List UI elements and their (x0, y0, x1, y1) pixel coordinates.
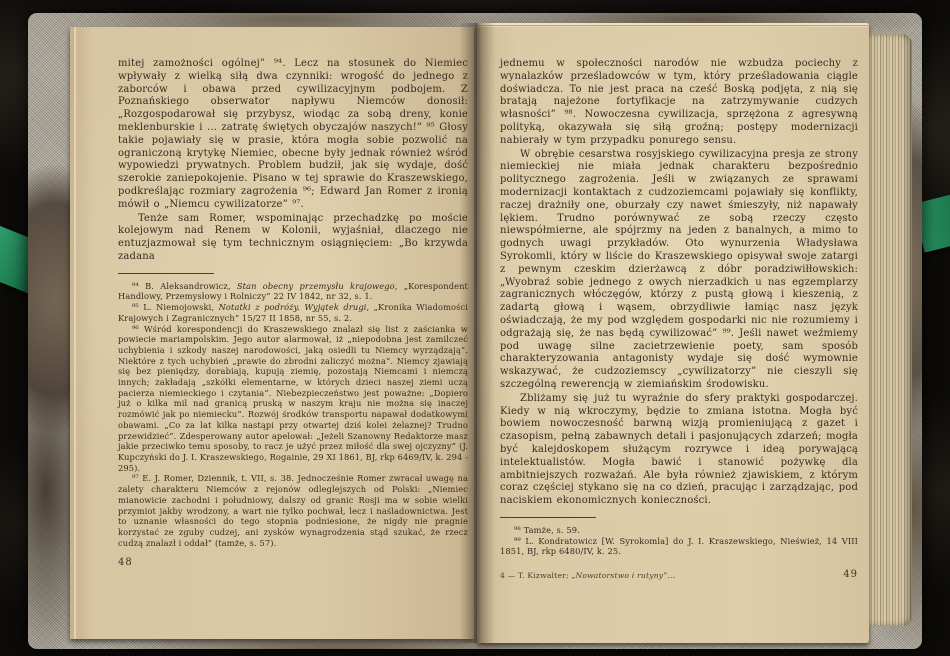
signature-text: 4 — T. Kizwalter; „ (500, 571, 575, 580)
right-page-text: jednemu w społeczności narodów nie wzbud… (500, 58, 858, 580)
footnote-text: ⁹⁷ E. J. Romer, Dziennik, t. VII, s. 38.… (118, 473, 468, 547)
book-photo: mitej zamożności ogólnej” ⁹⁴. Lecz na st… (0, 0, 950, 656)
footnote: ⁹⁶ Wśród korespondencji do Kraszewskiego… (118, 324, 468, 474)
footnote-title-italic: Stan obecny przemysłu krajowego (237, 281, 395, 291)
left-page-text: mitej zamożności ogólnej” ⁹⁴. Lecz na st… (118, 58, 468, 568)
body-paragraph: jednemu w społeczności narodów nie wzbud… (500, 58, 858, 148)
footnote-text: ⁹⁶ Wśród korespondencji do Kraszewskiego… (118, 324, 468, 473)
footnote-separator (118, 273, 214, 274)
body-paragraph: Tenże sam Romer, wspominając przechadzkę… (118, 213, 468, 264)
footnote-text: ⁹⁴ B. Aleksandrowicz, (132, 281, 237, 291)
page-stack-edge (866, 34, 912, 626)
footnote-title-italic: Notatki z podróży. Wyjątek drugi (219, 302, 367, 312)
body-paragraph: Zbliżamy się już tu wyraźnie do sfery pr… (500, 393, 858, 508)
footnote-separator (500, 517, 596, 518)
right-page-footer: 4 — T. Kizwalter; „Nowatorstwo i rutyny”… (500, 569, 858, 580)
page-number: 49 (843, 569, 858, 580)
page-number: 48 (118, 557, 468, 568)
footnote-text: ⁹⁸ Tamże, s. 59. (514, 525, 580, 535)
body-paragraph: W obrębie cesarstwa rosyjskiego cywiliza… (500, 149, 858, 392)
footnote: ⁹⁹ L. Kondratowicz [W. Syrokomla] do J. … (500, 536, 858, 557)
body-paragraph: mitej zamożności ogólnej” ⁹⁴. Lecz na st… (118, 58, 468, 212)
signature-title-italic: Nowatorstwo i rutyny (575, 571, 663, 580)
book-signature: 4 — T. Kizwalter; „Nowatorstwo i rutyny”… (500, 571, 675, 580)
footnote-text: ⁹⁵ L. Niemojowski, (132, 302, 219, 312)
footnote: ⁹⁷ E. J. Romer, Dziennik, t. VII, s. 38.… (118, 473, 468, 548)
footnotes: ⁹⁸ Tamże, s. 59. ⁹⁹ L. Kondratowicz [W. … (500, 525, 858, 557)
footnote: ⁹⁴ B. Aleksandrowicz, Stan obecny przemy… (118, 281, 468, 302)
footnote: ⁹⁵ L. Niemojowski, Notatki z podróży. Wy… (118, 302, 468, 323)
footnotes: ⁹⁴ B. Aleksandrowicz, Stan obecny przemy… (118, 281, 468, 549)
footnote: ⁹⁸ Tamże, s. 59. (500, 525, 858, 536)
signature-text: ”... (663, 571, 675, 580)
footnote-text: ⁹⁹ L. Kondratowicz [W. Syrokomla] do J. … (500, 536, 858, 557)
